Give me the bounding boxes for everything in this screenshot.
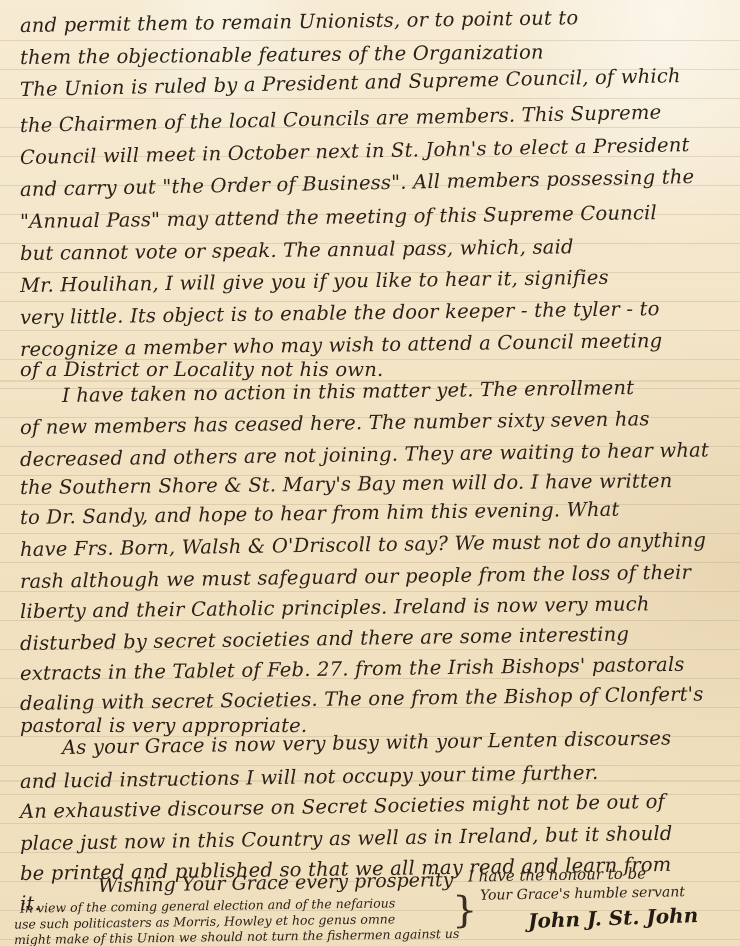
letter-line: of a District or Locality not his own. — [20, 358, 383, 381]
letter-line: the Southern Shore & St. Mary's Bay men … — [20, 469, 673, 499]
letter-line: Council will meet in October next in St.… — [20, 133, 690, 169]
letter-line: Mr. Houlihan, I will give you if you lik… — [20, 266, 609, 297]
letter-line: extracts in the Tablet of Feb. 27. from … — [20, 653, 685, 685]
closing-servant: Your Grace's humble servant — [480, 884, 685, 904]
letter-line: An exhaustive discourse on Secret Societ… — [20, 790, 665, 823]
letter-line: "Annual Pass" may attend the meeting of … — [20, 201, 657, 233]
letter-line: very little. Its object is to enable the… — [20, 297, 660, 329]
letter-line: the Chairmen of the local Councils are m… — [20, 101, 662, 137]
letter-line: disturbed by secret societies and there … — [20, 622, 629, 655]
letter-line: decreased and others are not joining. Th… — [20, 438, 709, 471]
letter-line: recognize a member who may wish to atten… — [20, 329, 663, 361]
letter-line: rash although we must safeguard our peop… — [20, 561, 691, 593]
signature: John J. St. John — [528, 903, 699, 933]
letter-line: but cannot vote or speak. The annual pas… — [20, 235, 574, 265]
letter-line: liberty and their Catholic principles. I… — [20, 592, 650, 623]
letter-line: place just now in this Country as well a… — [20, 822, 673, 855]
letter-line: of new members has ceased here. The numb… — [20, 407, 650, 439]
letter-line: The Union is ruled by a President and Su… — [20, 64, 681, 101]
letter-line: have Frs. Born, Walsh & O'Driscoll to sa… — [20, 528, 706, 561]
letter-line: dealing with secret Societies. The one f… — [20, 682, 704, 715]
letter-line: them the objectionable features of the O… — [20, 41, 544, 69]
letter-line: to Dr. Sandy, and hope to hear from him … — [20, 498, 620, 529]
letter-page: and permit them to remain Unionists, or … — [0, 0, 740, 946]
closing-honour: I have the honour to be — [468, 864, 646, 885]
letter-line: and carry out "the Order of Business". A… — [20, 165, 695, 201]
letter-line: and lucid instructions I will not occupy… — [20, 761, 599, 793]
letter-line: and permit them to remain Unionists, or … — [20, 6, 579, 37]
